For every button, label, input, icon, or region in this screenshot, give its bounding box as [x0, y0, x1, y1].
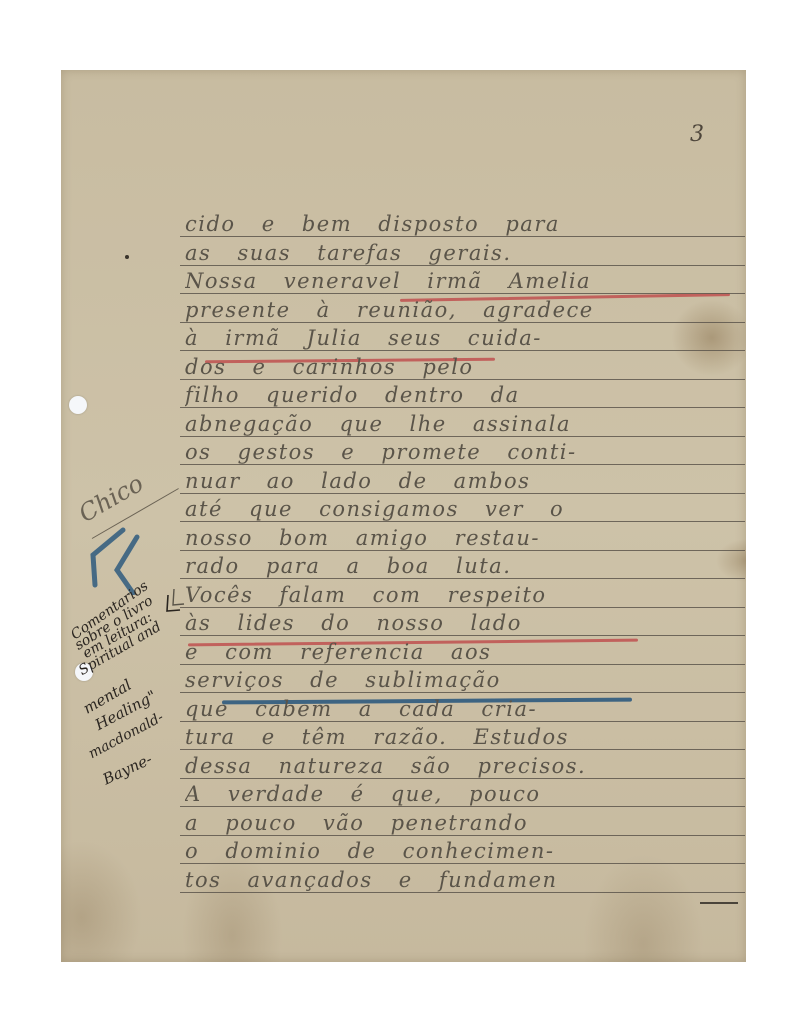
handwritten-line: e com referencia aos: [185, 640, 740, 666]
bracket-l-mark-2-icon: [170, 587, 186, 609]
handwritten-line: dessa natureza são precisos.: [185, 754, 740, 780]
handwritten-line: tos avançados e fundamen: [185, 868, 740, 894]
handwritten-line: dos e carinhos pelo: [185, 355, 740, 381]
handwritten-line: que cabem a cada cria-: [185, 697, 740, 723]
handwritten-line: abnegação que lhe assinala: [185, 412, 740, 438]
handwritten-line: nosso bom amigo restau-: [185, 526, 740, 552]
handwritten-line: às lides do nosso lado: [185, 611, 740, 637]
handwritten-line: as suas tarefas gerais.: [185, 241, 740, 267]
ink-dot: [125, 255, 129, 259]
page-number: 3: [690, 122, 704, 147]
handwritten-line: a pouco vão penetrando: [185, 811, 740, 837]
continuation-dash: [700, 902, 738, 904]
handwritten-line: Nossa veneravel irmã Amelia: [185, 269, 740, 295]
handwritten-line: tura e têm razão. Estudos: [185, 725, 740, 751]
handwritten-line: A verdade é que, pouco: [185, 782, 740, 808]
punch-hole-top: [69, 396, 87, 414]
handwritten-line: presente à reunião, agradece: [185, 298, 740, 324]
handwritten-line: nuar ao lado de ambos: [185, 469, 740, 495]
handwritten-line: o dominio de conhecimen-: [185, 839, 740, 865]
handwritten-line: os gestos e promete conti-: [185, 440, 740, 466]
handwritten-line: cido e bem disposto para: [185, 212, 740, 238]
handwritten-line: filho querido dentro da: [185, 383, 740, 409]
handwritten-line: à irmã Julia seus cuida-: [185, 326, 740, 352]
handwritten-line: serviços de sublimação: [185, 668, 740, 694]
handwritten-line: até que consigamos ver o: [185, 497, 740, 523]
handwritten-line: Vocês falam com respeito: [185, 583, 740, 609]
handwritten-line: rado para a boa luta.: [185, 554, 740, 580]
